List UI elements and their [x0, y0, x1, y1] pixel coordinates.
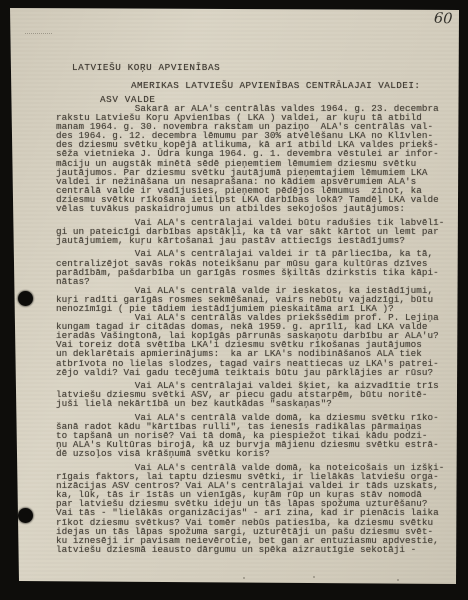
scan-artifact [25, 33, 52, 34]
scan-speck [397, 579, 399, 581]
letterhead-org-name: LATVIEŠU KOŖU APVIENĪBAS [72, 63, 220, 74]
document-body: Sakarā ar ALA's centrālās valdes 1964. g… [56, 104, 452, 554]
scan-speck [313, 576, 315, 578]
hole-punch [18, 291, 33, 306]
text-line: latviešu dziesmā ieausto dārgumu un spēk… [56, 545, 452, 554]
document-title: AMERIKAS LATVIEŠU APVIENĪBAS CENTRĀLAJAI… [131, 80, 420, 91]
hole-punch [18, 508, 33, 523]
text-line: jautājumiem, kuŗu kārtošanai jau pastāv … [56, 236, 452, 245]
text-line: zējo valdi? Vai gadu tecējumā teiktais b… [56, 368, 452, 377]
paragraph: Vai ALA's centrālā valde domā, ka dziesm… [56, 413, 452, 458]
paragraph: Sakarā ar ALA's centrālās valdes 1964. g… [56, 104, 452, 213]
paragraph: Vai ALA's centrālajai valdei ir tā pārli… [56, 249, 452, 285]
text-line: vēlas tuvākus paskaidrojumus un atbildes… [56, 204, 452, 213]
paragraph: Vai ALA's centrālajai valdei šķiet, ka a… [56, 381, 452, 408]
scanned-page-frame: LATVIEŠU KOŖU APVIENĪBAS ASV VALDE 60 AM… [0, 0, 468, 600]
text-line: parādībām, pašdarbība un garīgās rosmes … [56, 268, 452, 277]
document-page: LATVIEŠU KOŖU APVIENĪBAS ASV VALDE 60 AM… [0, 0, 468, 600]
paragraph: Vai ALA's centrālās valdes priekšsēdim p… [56, 313, 452, 377]
paragraph: Vai ALA's centrālā valde domā, ka noteic… [56, 463, 452, 554]
page-number-annotation: 60 [434, 11, 453, 28]
text-line: juši lielā nekārtībā un bez kautkādas "s… [56, 399, 452, 408]
paragraph: Vai ALA's centrālā valde ir ieskatos, ka… [56, 286, 452, 313]
scan-speck [243, 577, 245, 579]
paragraph: Vai ALA's centrālajai valdei būtu raduši… [56, 218, 452, 245]
text-line: dē uzsoļos visā krāšņumā svētku koris? [56, 449, 452, 458]
